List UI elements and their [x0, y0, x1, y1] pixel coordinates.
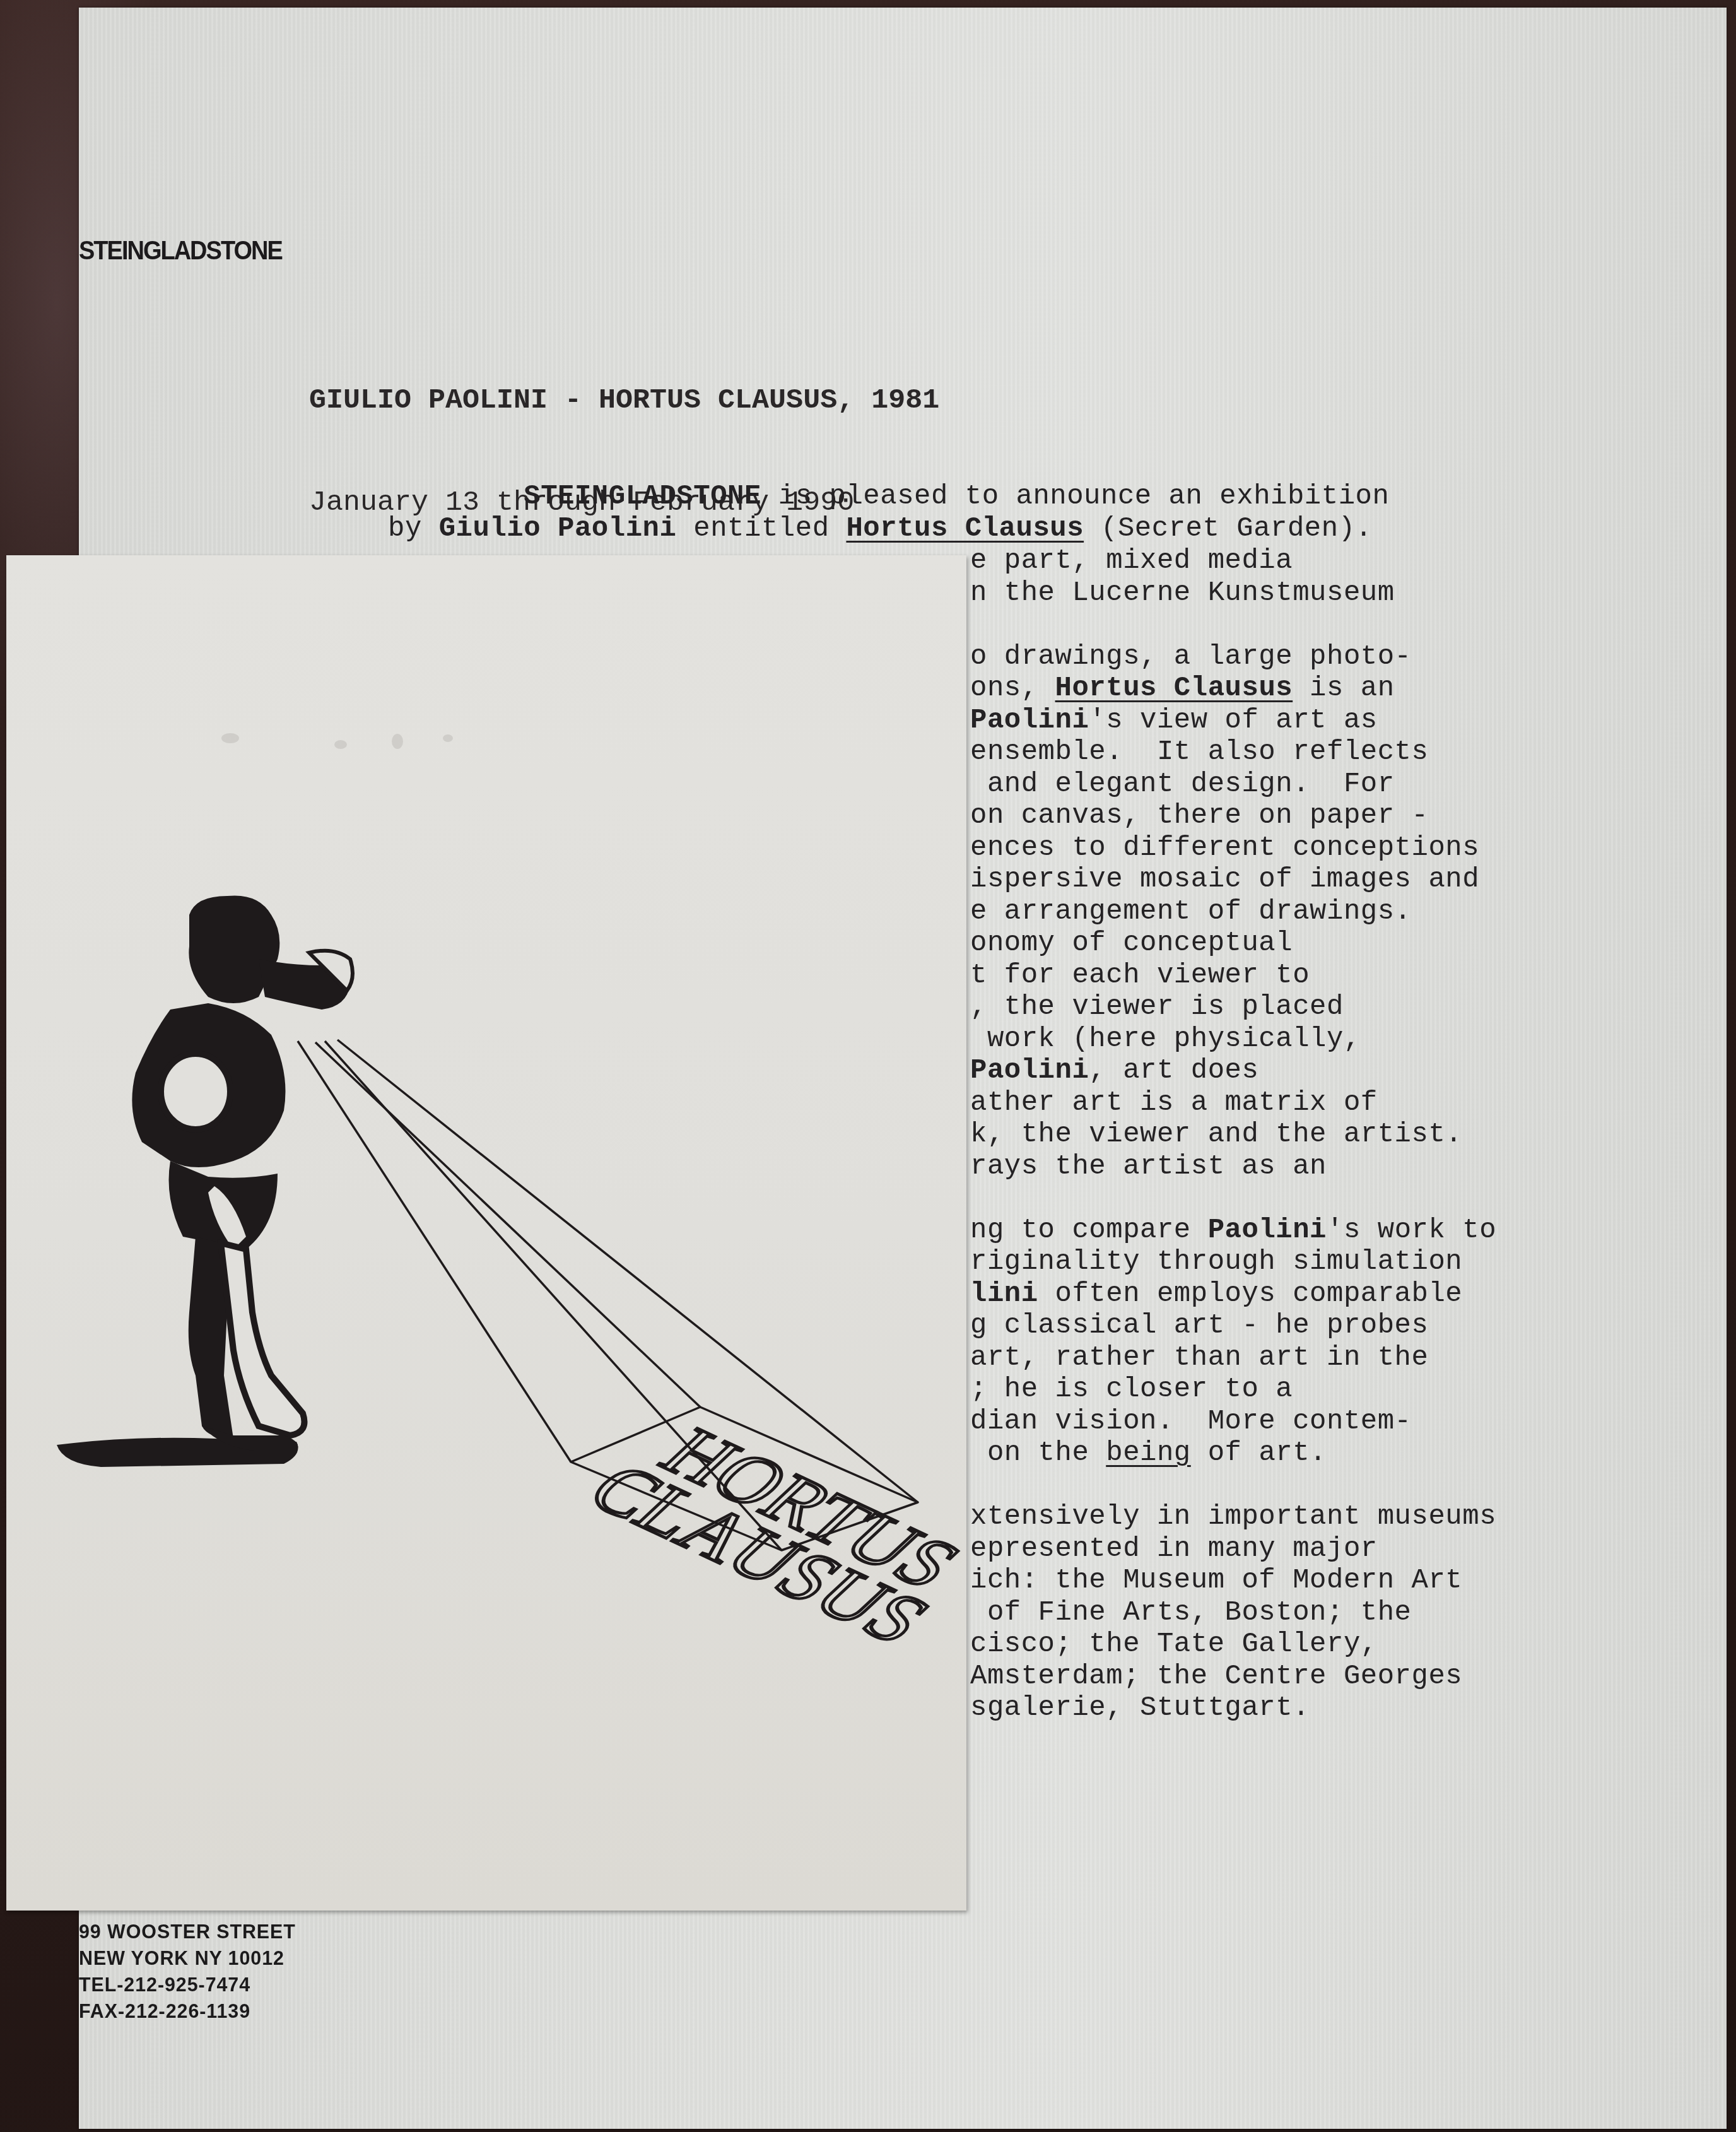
letter-body-line: lini often employs comparable: [970, 1278, 1462, 1310]
letter-body-line: riginality through simulation: [970, 1246, 1462, 1278]
letter-body-line: ng to compare Paolini's work to: [970, 1215, 1496, 1247]
letter-body-line: Paolini, art does: [970, 1055, 1258, 1087]
letter-body-line: k, the viewer and the artist.: [970, 1119, 1462, 1151]
card-title-lettering: HORTUS CLAUSUS: [570, 1404, 966, 1658]
letter-body-line: o drawings, a large photo-: [970, 641, 1412, 673]
letter-body-line: work (here physically,: [970, 1023, 1361, 1056]
letter-body-line: , the viewer is placed: [970, 991, 1344, 1023]
letter-body-line: onomy of conceptual: [970, 928, 1293, 960]
letter-body-line: ; he is closer to a: [970, 1374, 1293, 1406]
letter-body-line: ensemble. It also reflects: [970, 736, 1428, 769]
letter-body-line: ather art is a matrix of: [970, 1087, 1378, 1119]
letter-body-line: ences to different conceptions: [970, 832, 1479, 864]
letter-body-line: STEINGLADSTONE is pleased to announce an…: [388, 481, 1389, 513]
exhibition-title: GIULIO PAOLINI - HORTUS CLAUSUS, 1981: [309, 384, 939, 418]
letter-body-line: epresented in many major: [970, 1533, 1378, 1565]
address-fax: FAX-212-226-1139: [79, 1998, 296, 2024]
letter-body-line: art, rather than art in the: [970, 1342, 1428, 1374]
letter-body-line: and elegant design. For: [970, 769, 1395, 801]
card-illustration: HORTUS CLAUSUS: [6, 555, 966, 1911]
letter-body-line: dian vision. More contem-: [970, 1406, 1412, 1438]
letter-body-line: sgalerie, Stuttgart.: [970, 1692, 1310, 1724]
letter-body-line: ich: the Museum of Modern Art: [970, 1565, 1462, 1597]
letter-body-line: xtensively in important museums: [970, 1501, 1496, 1533]
address-phone: TEL-212-925-7474: [79, 1971, 296, 1998]
letter-body-line: n the Lucerne Kunstmuseum: [970, 577, 1395, 610]
gallery-address-block: 99 WOOSTER STREET NEW YORK NY 10012 TEL-…: [79, 1918, 296, 2024]
letter-body-line: Amsterdam; the Centre Georges: [970, 1661, 1462, 1693]
letter-body-line: on canvas, there on paper -: [970, 800, 1428, 832]
letter-body-line: on the being of art.: [970, 1437, 1327, 1469]
letter-body-line: Paolini's view of art as: [970, 705, 1378, 737]
letter-body-line: t for each viewer to: [970, 960, 1310, 992]
letter-body-line: ispersive mosaic of images and: [970, 864, 1479, 896]
letter-body-line: g classical art - he probes: [970, 1310, 1428, 1342]
letter-body-line: cisco; the Tate Gallery,: [970, 1628, 1378, 1661]
announcement-card: HORTUS CLAUSUS: [6, 555, 966, 1911]
smudge-marks: [221, 733, 453, 749]
figure-illustration: [57, 895, 353, 1467]
address-street: 99 WOOSTER STREET: [79, 1918, 296, 1945]
letter-body-line: by Giulio Paolini entitled Hortus Clausu…: [388, 513, 1372, 545]
gallery-logo: STEINGLADSTONE: [79, 237, 282, 266]
address-city: NEW YORK NY 10012: [79, 1945, 296, 1971]
letter-body-line: of Fine Arts, Boston; the: [970, 1597, 1412, 1629]
letter-body-line: rays the artist as an: [970, 1151, 1327, 1183]
letter-body-line: e part, mixed media: [970, 545, 1293, 577]
letter-body-line: e arrangement of drawings.: [970, 896, 1412, 928]
letter-body-line: ons, Hortus Clausus is an: [970, 673, 1395, 705]
